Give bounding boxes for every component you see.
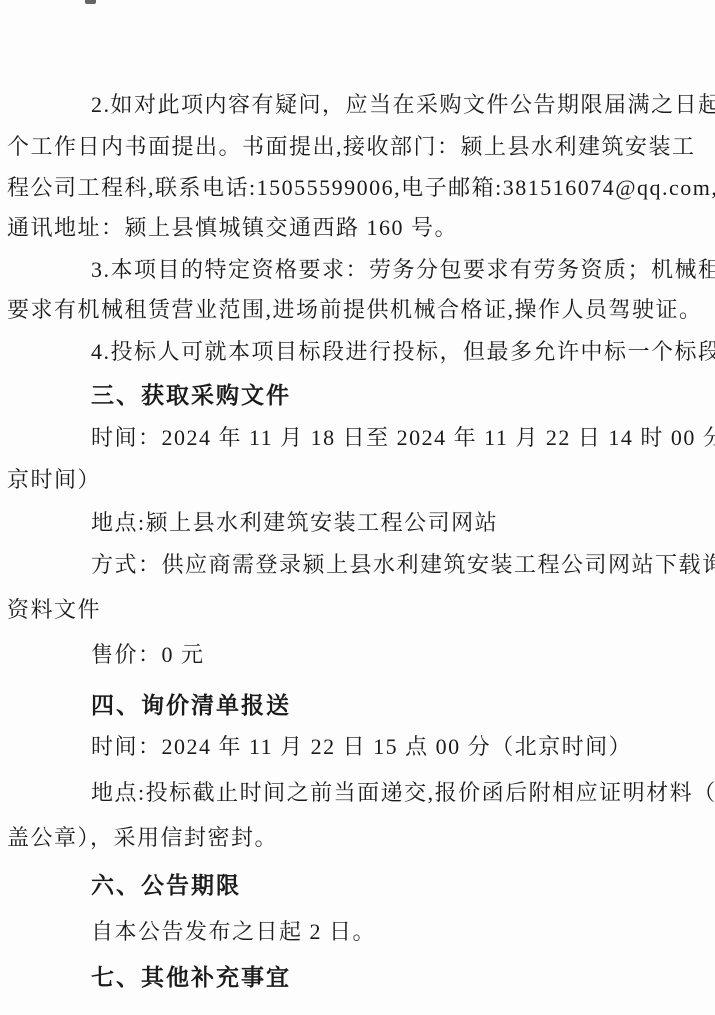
section-heading-6: 六、公告期限: [91, 870, 241, 900]
text-line-submit-time: 时间：2024 年 11 月 22 日 15 点 00 分（北京时间）: [91, 732, 632, 762]
text-line-item3-cont: 要求有机械租赁营业范围,进场前提供机械合格证,操作人员驾驶证。: [7, 295, 703, 325]
text-line-method-cont: 资料文件: [7, 595, 101, 625]
text-line-item2-start: 2.如对此项内容有疑问，应当在采购文件公告期限届满之日起 2: [91, 90, 715, 120]
text-line-item2-cont: 个工作日内书面提出。书面提出,接收部门：颍上县水利建筑安装工: [7, 132, 696, 162]
text-line-time-start: 时间：2024 年 11 月 18 日至 2024 年 11 月 22 日 14…: [91, 423, 715, 453]
section-heading-7: 七、其他补充事宜: [91, 962, 291, 992]
text-line-time-cont: 京时间）: [7, 465, 101, 495]
document-page: 2.如对此项内容有疑问，应当在采购文件公告期限届满之日起 2 个工作日内书面提出…: [0, 0, 715, 1015]
text-line-item4: 4.投标人可就本项目标段进行投标，但最多允许中标一个标段。: [91, 337, 715, 367]
text-line-location: 地点:颍上县水利建筑安装工程公司网站: [91, 508, 498, 538]
text-line-method-start: 方式：供应商需登录颍上县水利建筑安装工程公司网站下载询价: [91, 550, 715, 580]
text-line-contact-info: 程公司工程科,联系电话:15055599006,电子邮箱:381516074@q…: [7, 173, 715, 203]
text-line-submit-loc-start: 地点:投标截止时间之前当面递交,报价函后附相应证明材料（加: [91, 778, 715, 808]
section-heading-3: 三、获取采购文件: [91, 380, 291, 410]
text-line-price: 售价：0 元: [91, 640, 205, 670]
text-line-submit-loc-cont: 盖公章），采用信封密封。: [7, 823, 278, 853]
scan-artifact-mark: [85, 0, 96, 4]
text-line-item3-start: 3.本项目的特定资格要求：劳务分包要求有劳务资质；机械租赁: [91, 255, 715, 285]
text-line-mail-address: 通讯地址：颍上县慎城镇交通西路 160 号。: [7, 213, 458, 243]
text-line-announce-period: 自本公告发布之日起 2 日。: [91, 917, 376, 947]
section-heading-4: 四、询价清单报送: [91, 690, 291, 720]
